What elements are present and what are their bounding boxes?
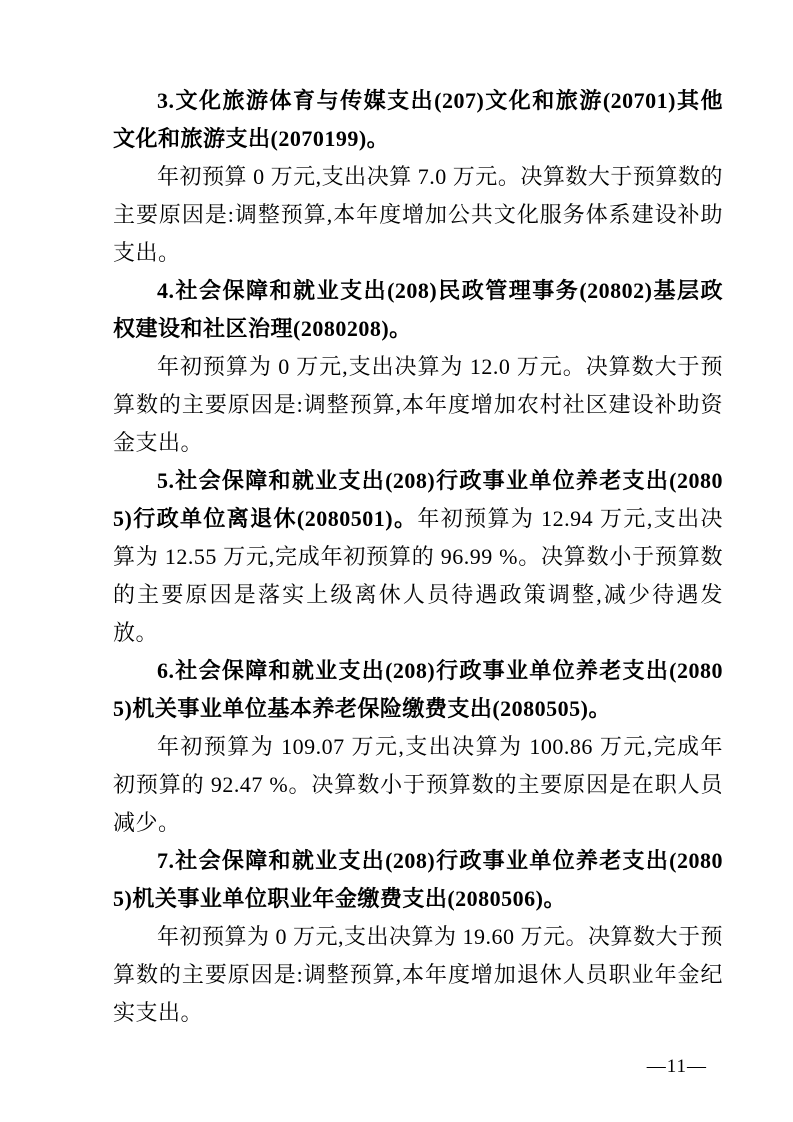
paragraph: 年初预算为 0 万元,支出决算为 19.60 万元。决算数大于预算数的主要原因是… (113, 918, 723, 1032)
paragraph: 6.社会保障和就业支出(208)行政事业单位养老支出(20805)机关事业单位基… (113, 652, 723, 728)
body-run: 年初预算为 109.07 万元,支出决算为 100.86 万元,完成年初预算的 … (113, 734, 723, 835)
body-run: 年初预算为 0 万元,支出决算为 12.0 万元。决算数大于预算数的主要原因是:… (113, 354, 723, 455)
paragraph: 年初预算为 109.07 万元,支出决算为 100.86 万元,完成年初预算的 … (113, 728, 723, 842)
body-run: 年初预算 0 万元,支出决算 7.0 万元。决算数大于预算数的主要原因是:调整预… (113, 164, 723, 265)
heading-run: 6.社会保障和就业支出(208)行政事业单位养老支出(20805)机关事业单位基… (113, 658, 723, 721)
page-number: —11— (647, 1056, 707, 1078)
paragraph: 5.社会保障和就业支出(208)行政事业单位养老支出(20805)行政单位离退休… (113, 462, 723, 652)
paragraph: 4.社会保障和就业支出(208)民政管理事务(20802)基层政权建设和社区治理… (113, 272, 723, 348)
paragraph: 3.文化旅游体育与传媒支出(207)文化和旅游(20701)其他文化和旅游支出(… (113, 82, 723, 158)
heading-run: 3.文化旅游体育与传媒支出(207)文化和旅游(20701)其他文化和旅游支出(… (113, 88, 723, 151)
section-6: 6.社会保障和就业支出(208)行政事业单位养老支出(20805)机关事业单位基… (113, 652, 723, 842)
paragraph: 年初预算 0 万元,支出决算 7.0 万元。决算数大于预算数的主要原因是:调整预… (113, 158, 723, 272)
heading-run: 4.社会保障和就业支出(208)民政管理事务(20802)基层政权建设和社区治理… (113, 278, 723, 341)
document-body: 3.文化旅游体育与传媒支出(207)文化和旅游(20701)其他文化和旅游支出(… (113, 82, 723, 1032)
paragraph: 年初预算为 0 万元,支出决算为 12.0 万元。决算数大于预算数的主要原因是:… (113, 348, 723, 462)
body-run: 年初预算为 0 万元,支出决算为 19.60 万元。决算数大于预算数的主要原因是… (113, 924, 723, 1025)
heading-run: 7.社会保障和就业支出(208)行政事业单位养老支出(20805)机关事业单位职… (113, 848, 723, 911)
section-4: 4.社会保障和就业支出(208)民政管理事务(20802)基层政权建设和社区治理… (113, 272, 723, 462)
section-3: 3.文化旅游体育与传媒支出(207)文化和旅游(20701)其他文化和旅游支出(… (113, 82, 723, 272)
section-5: 5.社会保障和就业支出(208)行政事业单位养老支出(20805)行政单位离退休… (113, 462, 723, 652)
document-page: 3.文化旅游体育与传媒支出(207)文化和旅游(20701)其他文化和旅游支出(… (0, 0, 793, 1122)
paragraph: 7.社会保障和就业支出(208)行政事业单位养老支出(20805)机关事业单位职… (113, 842, 723, 918)
section-7: 7.社会保障和就业支出(208)行政事业单位养老支出(20805)机关事业单位职… (113, 842, 723, 1032)
